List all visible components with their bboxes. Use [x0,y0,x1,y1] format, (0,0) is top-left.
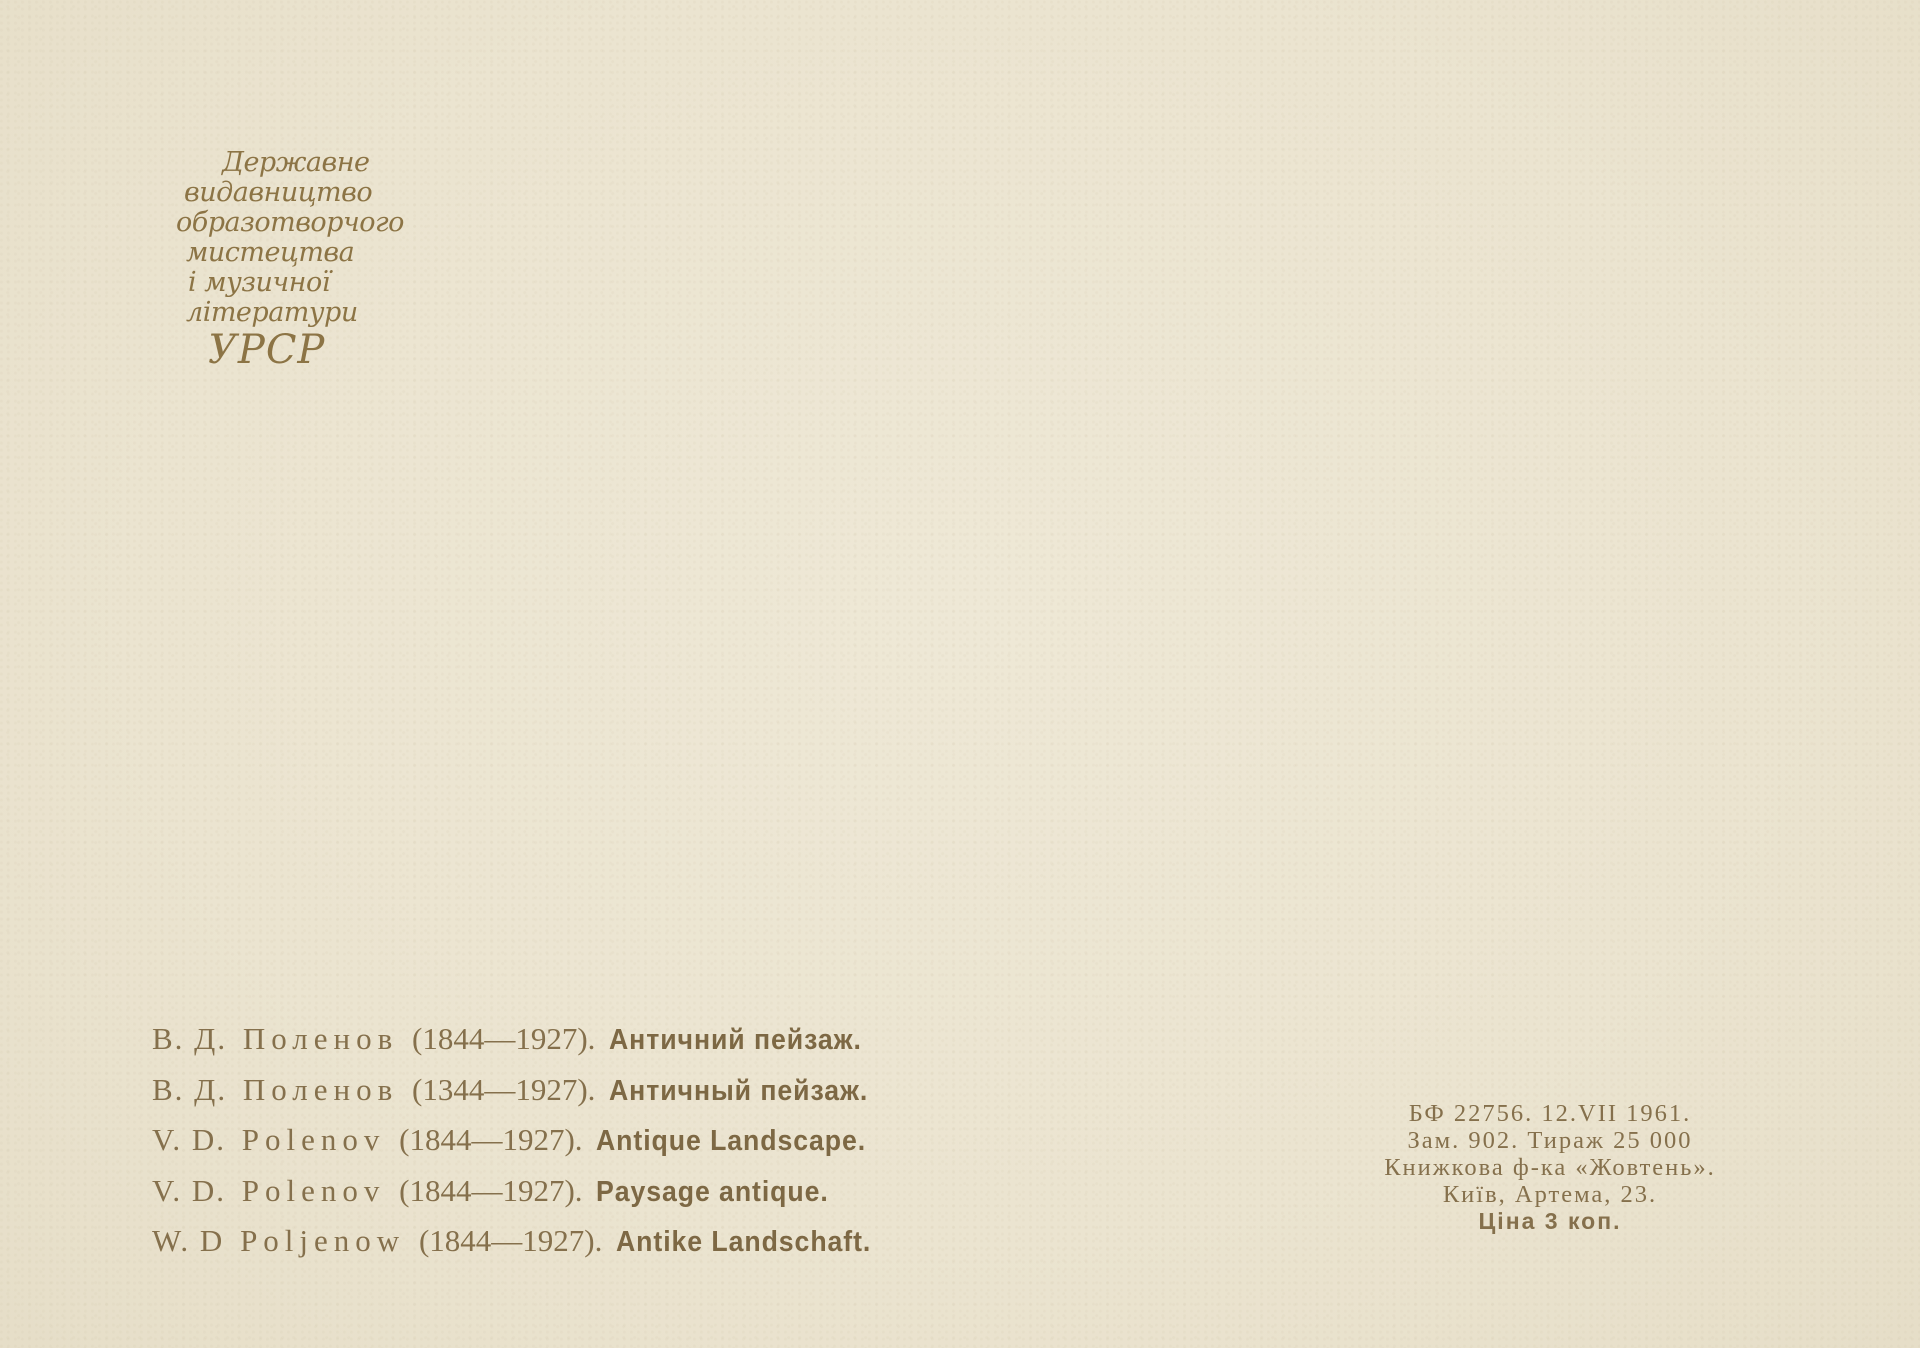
imprint-order-run: Зам. 902. Тираж 25 000 [1300,1127,1800,1154]
artist-name: Poljenow [240,1223,405,1258]
artist-initials: В. Д. [152,1021,227,1056]
artist-name: Polenov [242,1122,386,1157]
caption-russian: В. Д. Поленов (1344—1927). Античный пейз… [152,1065,894,1116]
artist-years: (1844—1927). [399,1173,582,1208]
artist-years: (1844—1927). [419,1223,602,1258]
logo-line: і музичної [172,268,412,298]
imprint-catalog-date: БФ 22756. 12.VII 1961. [1300,1100,1800,1127]
logo-line: видавництво [172,178,412,208]
logo-line-ussr: УРСР [172,328,412,372]
caption-french: V. D. Polenov (1844—1927). Paysage antiq… [152,1166,894,1217]
logo-line: мистецтва [172,238,412,268]
caption-german: W. D Poljenow (1844—1927). Antike Landsc… [152,1216,894,1267]
artwork-title: Antike Landschaft. [616,1217,871,1268]
artist-name: Поленов [243,1021,398,1056]
artist-years: (1844—1927). [399,1122,582,1157]
artist-initials: В. Д. [152,1072,227,1107]
artist-initials: V. D. [152,1173,226,1208]
logo-line: образотворчого [172,208,412,238]
logo-line: літератури [172,298,412,328]
artist-initials: V. D. [152,1122,226,1157]
artwork-captions: В. Д. Поленов (1844—1927). Античний пейз… [152,1014,894,1267]
caption-ukrainian: В. Д. Поленов (1844—1927). Античний пейз… [152,1014,894,1065]
imprint-printer: Книжкова ф-ка «Жовтень». [1300,1154,1800,1181]
artist-name: Polenov [242,1173,386,1208]
artwork-title: Antique Landscape. [596,1116,866,1167]
artwork-title: Paysage antique. [596,1167,829,1218]
artist-name: Поленов [243,1072,398,1107]
print-imprint: БФ 22756. 12.VII 1961. Зам. 902. Тираж 2… [1300,1100,1800,1235]
imprint-address: Київ, Артема, 23. [1300,1181,1800,1208]
artist-years: (1844—1927). [412,1021,595,1056]
artwork-title: Античный пейзаж. [609,1066,868,1117]
artist-initials: W. D [152,1223,224,1258]
caption-english: V. D. Polenov (1844—1927). Antique Lands… [152,1115,894,1166]
publisher-logo: Державне видавництво образотворчого мист… [172,148,412,372]
artwork-title: Античний пейзаж. [609,1015,862,1066]
imprint-price: Ціна 3 коп. [1300,1208,1800,1235]
logo-line: Державне [172,148,412,178]
artist-years: (1344—1927). [412,1072,595,1107]
